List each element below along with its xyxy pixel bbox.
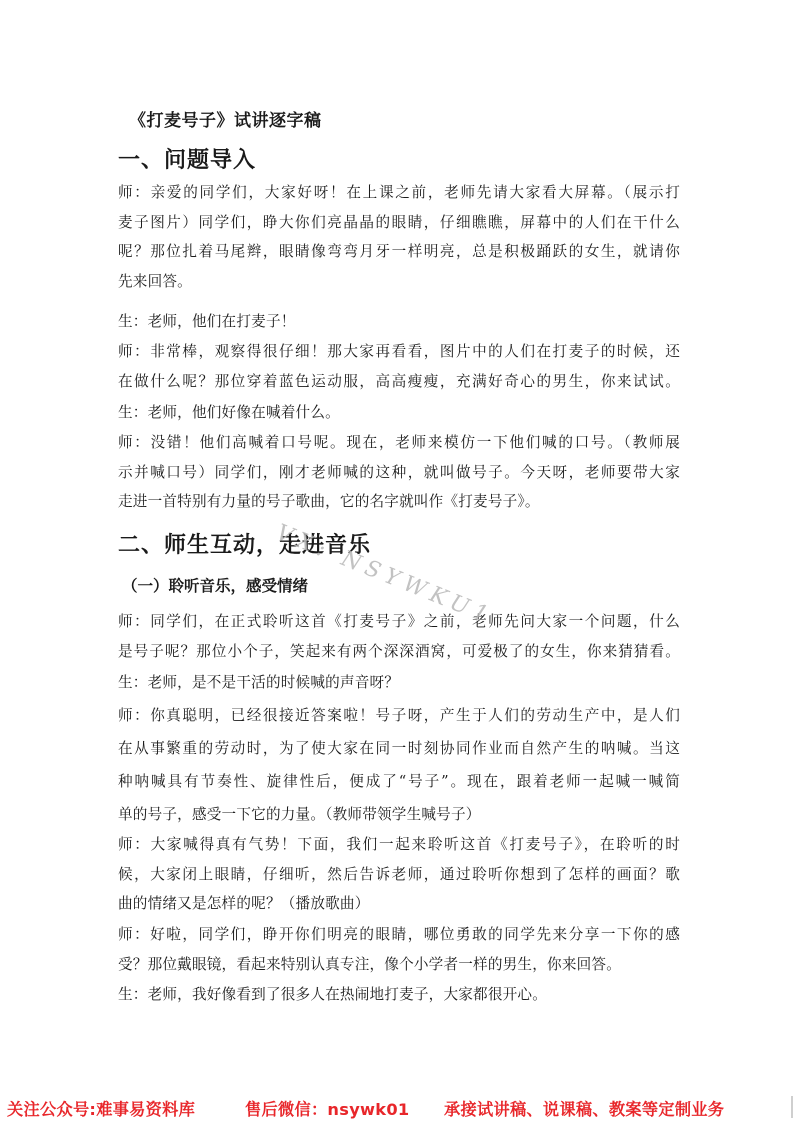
- dialogue-paragraph: 师：同学们，在正式聆听这首《打麦号子》之前，老师先问大家一个问题，什么 是号子呢…: [118, 607, 680, 666]
- subsection-heading: （一）聆听音乐，感受情绪: [122, 574, 308, 596]
- text-line: 师：你真聪明，已经很接近答案啦！号子呀，产生于人们的劳动生产中，是人们: [118, 699, 680, 732]
- text-line: 在做什么呢？那位穿着蓝色运动服，高高瘦瘦，充满好奇心的男生，你来试试。: [118, 367, 680, 397]
- dialogue-paragraph: 师：你真聪明，已经很接近答案啦！号子呀，产生于人们的劳动生产中，是人们 在从事繁…: [118, 699, 680, 831]
- document-title: 《打麦号子》试讲逐字稿: [129, 106, 322, 131]
- text-line: 示并喊口号）同学们，刚才老师喊的这种，就叫做号子。今天呀，老师要带大家: [118, 458, 680, 488]
- text-line: 曲的情绪又是怎样的呢？（播放歌曲）: [118, 889, 680, 919]
- text-line: 候，大家闭上眼睛，仔细听，然后告诉老师，通过聆听你想到了怎样的画面？歌: [118, 860, 680, 890]
- text-line: 受？那位戴眼镜，看起来特别认真专注，像个小学者一样的男生，你来回答。: [118, 950, 680, 980]
- dialogue-paragraph: 生：老师，他们在打麦子！: [118, 307, 680, 337]
- text-line: 师：没错！他们高喊着口号呢。现在，老师来模仿一下他们喊的口号。（教师展: [118, 428, 680, 458]
- text-line: 师：同学们，在正式聆听这首《打麦号子》之前，老师先问大家一个问题，什么: [118, 607, 680, 637]
- footer-support-wechat: 售后微信：nsywk01: [245, 1096, 410, 1120]
- section-heading-1: 一、问题导入: [118, 143, 256, 174]
- dialogue-paragraph: 师：亲爱的同学们，大家好呀！在上课之前，老师先请大家看大屏幕。（展示打 麦子图片…: [118, 178, 680, 296]
- text-line: 师：非常棒，观察得很仔细！那大家再看看，图片中的人们在打麦子的时候，还: [118, 337, 680, 367]
- text-line: 是号子呢？那位小个子，笑起来有两个深深酒窝，可爱极了的女生，你来猜猜看。: [118, 637, 680, 667]
- text-line: 生：老师，我好像看到了很多人在热闹地打麦子，大家都很开心。: [118, 980, 680, 1010]
- text-line: 生：老师，是不是干活的时候喊的声音呀？: [118, 668, 680, 698]
- dialogue-paragraph: 师：大家喊得真有气势！下面，我们一起来聆听这首《打麦号子》，在聆听的时 候，大家…: [118, 830, 680, 919]
- text-line: 单的号子，感受一下它的力量。（教师带领学生喊号子）: [118, 798, 680, 831]
- dialogue-paragraph: 生：老师，我好像看到了很多人在热闹地打麦子，大家都很开心。: [118, 980, 680, 1010]
- text-line: 生：老师，他们好像在喊着什么。: [118, 398, 680, 428]
- text-line: 在从事繁重的劳动时，为了使大家在同一时刻协同作业而自然产生的呐喊。当这: [118, 732, 680, 765]
- dialogue-paragraph: 师：好啦，同学们，睁开你们明亮的眼睛，哪位勇敢的同学先来分享一下你的感 受？那位…: [118, 920, 680, 979]
- text-line: 生：老师，他们在打麦子！: [118, 307, 680, 337]
- text-line: 先来回答。: [118, 267, 680, 297]
- dialogue-paragraph: 师：没错！他们高喊着口号呢。现在，老师来模仿一下他们喊的口号。（教师展 示并喊口…: [118, 428, 680, 517]
- text-line: 麦子图片）同学们，睁大你们亮晶晶的眼睛，仔细瞧瞧，屏幕中的人们在干什么: [118, 208, 680, 238]
- text-line: 师：亲爱的同学们，大家好呀！在上课之前，老师先请大家看大屏幕。（展示打: [118, 178, 680, 208]
- text-line: 种呐喊具有节奏性、旋律性后，便成了“号子”。现在，跟着老师一起喊一喊简: [118, 765, 680, 798]
- dialogue-paragraph: 师：非常棒，观察得很仔细！那大家再看看，图片中的人们在打麦子的时候，还 在做什么…: [118, 337, 680, 396]
- footer-services: 承接试讲稿、说课稿、教案等定制业务: [444, 1096, 724, 1120]
- text-line: 走进一首特别有力量的号子歌曲，它的名字就叫作《打麦号子》。: [118, 487, 680, 517]
- footer-banner: 关注公众号:难事易资料库 售后微信：nsywk01 承接试讲稿、说课稿、教案等定…: [0, 1096, 793, 1122]
- dialogue-paragraph: 生：老师，他们好像在喊着什么。: [118, 398, 680, 428]
- dialogue-paragraph: 生：老师，是不是干活的时候喊的声音呀？: [118, 668, 680, 698]
- footer-wechat-account: 关注公众号:难事易资料库: [7, 1096, 195, 1120]
- text-line: 师：大家喊得真有气势！下面，我们一起来聆听这首《打麦号子》，在聆听的时: [118, 830, 680, 860]
- text-line: 呢？那位扎着马尾辫，眼睛像弯弯月牙一样明亮，总是积极踊跃的女生，就请你: [118, 237, 680, 267]
- text-line: 师：好啦，同学们，睁开你们明亮的眼睛，哪位勇敢的同学先来分享一下你的感: [118, 920, 680, 950]
